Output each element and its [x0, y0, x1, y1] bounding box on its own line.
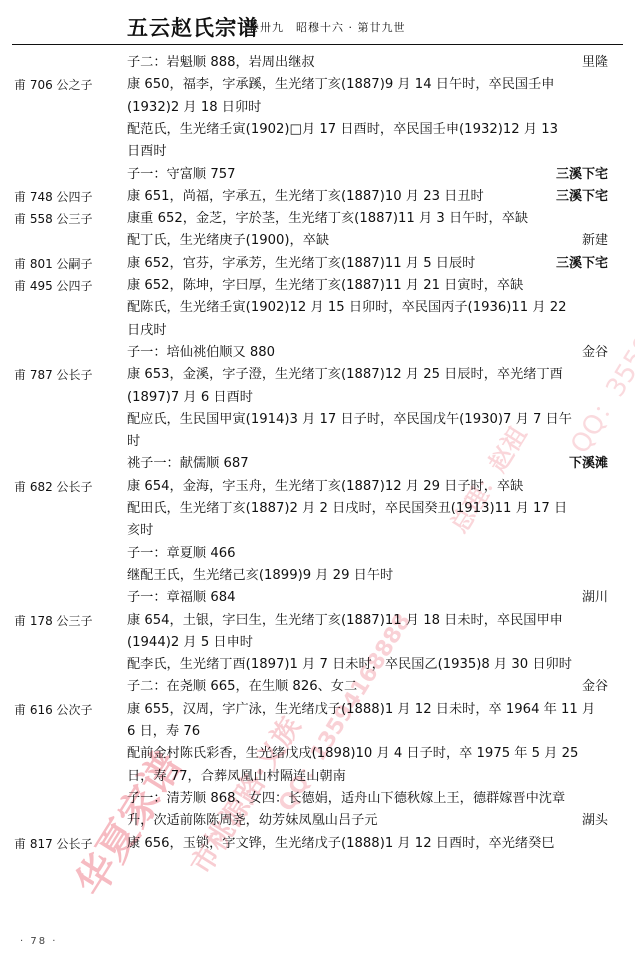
entry-text: 升，次适前陈陈周尧，幼芳妹凤凰山吕子元 — [127, 813, 378, 828]
entry-text-line: 配范氏，生光绪壬寅(1902)□月 17 日酉时，卒民国壬申(1932)12 月… — [127, 119, 622, 141]
entry-text: 康 651，尚福，字承五，生光绪丁亥(1887)10 月 23 日丑时 — [127, 189, 484, 204]
residence-place: 里隆 — [582, 52, 608, 74]
entry-text: 子一：章福顺 684 — [127, 590, 236, 605]
entry-text: (1932)2 月 18 日卯时 — [127, 100, 261, 115]
entry-text-line: 康 655，汉周，字广泳，生光绪戊子(1888)1 月 12 日未时，卒 196… — [127, 699, 622, 721]
entry-text: 子一：章夏顺 466 — [127, 546, 236, 561]
entry-lineage-label: 甫 801 公嗣子 — [14, 253, 93, 275]
entry-text: 时 — [127, 434, 140, 449]
entry-text-line: 升，次适前陈陈周尧，幼芳妹凤凰山吕子元湖头 — [127, 810, 622, 832]
entry-text-line: 康 651，尚福，字承五，生光绪丁亥(1887)10 月 23 日丑时三溪下宅 — [127, 186, 622, 208]
entry-text: 亥时 — [127, 523, 153, 538]
entry-text: 子一：培仙祧伯顺又 880 — [127, 345, 275, 360]
entry-text: (1897)7 月 6 日酉时 — [127, 390, 253, 405]
entry-text: 康 656，玉锁，字文铧，生光绪戊子(1888)1 月 12 日酉时，卒光绪癸巳 — [127, 836, 554, 851]
residence-place: 三溪下宅 — [556, 253, 608, 275]
header-rule — [12, 44, 623, 45]
entry-text: 日戌时 — [127, 323, 167, 338]
entry-text-line: 日戌时 — [127, 320, 622, 342]
entry-text-line: 日，寿 77，合葬凤凰山村隔连山朝南 — [127, 766, 622, 788]
entry-text: 康 652，陈坤，字曰厚，生光绪丁亥(1887)11 月 21 日寅时，卒缺 — [127, 278, 523, 293]
entry-text: 6 日，寿 76 — [127, 724, 200, 739]
book-title: 五云赵氏宗谱 — [127, 12, 259, 42]
entry-text-line: (1932)2 月 18 日卯时 — [127, 97, 622, 119]
entry-lineage-label: 甫 817 公长子 — [14, 833, 93, 855]
entry-lineage-label: 甫 787 公长子 — [14, 364, 93, 386]
entry-text: 子二：岩魁顺 888，岩周出继叔 — [127, 55, 315, 70]
residence-place: 三溪下宅 — [556, 186, 608, 208]
entry-text-line: 康 652，陈坤，字曰厚，生光绪丁亥(1887)11 月 21 日寅时，卒缺 — [127, 275, 622, 297]
entry-text: 配陈氏，生光绪壬寅(1902)12 月 15 日卯时，卒民国丙子(1936)11… — [127, 300, 567, 315]
entry-text-line: 子一：清芳顺 868、女四：长德娟，适舟山下德秋嫁上王，德群嫁晋中沈章 — [127, 788, 622, 810]
entry-text-line: 康 653，金溪，字子澄，生光绪丁亥(1887)12 月 25 日辰时，卒光绪丁… — [127, 364, 622, 386]
entry-text: 子一：清芳顺 868、女四：长德娟，适舟山下德秋嫁上王，德群嫁晋中沈章 — [127, 791, 565, 806]
entry-text-line: 子一：章福顺 684湖川 — [127, 587, 622, 609]
entry-text: 子二：在尧顺 665，在生顺 826、女二 — [127, 679, 357, 694]
entry-text: 康 652，官芬，字承芳，生光绪丁亥(1887)11 月 5 日辰时 — [127, 256, 475, 271]
residence-place: 湖川 — [582, 587, 608, 609]
entry-text: 配李氏，生光绪丁酉(1897)1 月 7 日未时，卒民国乙(1935)8 月 3… — [127, 657, 572, 672]
entry-text-line: 6 日，寿 76 — [127, 721, 622, 743]
residence-place: 湖头 — [582, 810, 608, 832]
entry-lineage-label: 甫 178 公三子 — [14, 610, 93, 632]
entry-text-line: 祧子一：献儒顺 687下溪滩 — [127, 453, 622, 475]
entry-text: 配应氏，生民国甲寅(1914)3 月 17 日子时，卒民国戊午(1930)7 月… — [127, 412, 572, 427]
entry-lineage-label: 甫 616 公次子 — [14, 699, 93, 721]
entry-text: 日酉时 — [127, 144, 167, 159]
residence-place: 金谷 — [582, 676, 608, 698]
entry-text-line: 康重 652，金芝，字於茎，生光绪丁亥(1887)11 月 3 日午时，卒缺 — [127, 208, 622, 230]
entry-text: 康重 652，金芝，字於茎，生光绪丁亥(1887)11 月 3 日午时，卒缺 — [127, 211, 528, 226]
entry-text-line: 时 — [127, 431, 622, 453]
entry-text-line: 配陈氏，生光绪壬寅(1902)12 月 15 日卯时，卒民国丙子(1936)11… — [127, 297, 622, 319]
entry-text: 康 654，金海，字玉舟，生光绪丁亥(1887)12 月 29 日子时，卒缺 — [127, 479, 523, 494]
entry-text-line: 子二：岩魁顺 888，岩周出继叔里隆 — [127, 52, 622, 74]
entry-text: (1944)2 月 5 日申时 — [127, 635, 253, 650]
entry-text-line: 配应氏，生民国甲寅(1914)3 月 17 日子时，卒民国戊午(1930)7 月… — [127, 409, 622, 431]
residence-place: 下溪滩 — [569, 453, 608, 475]
entry-text: 配田氏，生光绪丁亥(1887)2 月 2 日戌时，卒民国癸丑(1913)11 月… — [127, 501, 567, 516]
entry-text-line: 康 652，官芬，字承芳，生光绪丁亥(1887)11 月 5 日辰时三溪下宅 — [127, 253, 622, 275]
entry-text-line: 配李氏，生光绪丁酉(1897)1 月 7 日未时，卒民国乙(1935)8 月 3… — [127, 654, 622, 676]
entry-text-line: 配丁氏，生光绪庚子(1900)，卒缺新建 — [127, 230, 622, 252]
entry-text-line: 继配王氏，生光绪己亥(1899)9 月 29 日午时 — [127, 565, 622, 587]
entry-text-line: 子一：章夏顺 466 — [127, 543, 622, 565]
entry-text-line: 子一：培仙祧伯顺又 880金谷 — [127, 342, 622, 364]
entry-lineage-label: 甫 748 公四子 — [14, 186, 93, 208]
residence-place: 新建 — [582, 230, 608, 252]
entry-text: 康 655，汉周，字广泳，生光绪戊子(1888)1 月 12 日未时，卒 196… — [127, 702, 595, 717]
entry-text-line: 康 654，金海，字玉舟，生光绪丁亥(1887)12 月 29 日子时，卒缺 — [127, 476, 622, 498]
entry-text: 配前金村陈氏彩香，生光绪戊戌(1898)10 月 4 日子时，卒 1975 年 … — [127, 746, 578, 761]
entry-lineage-label: 甫 706 公之子 — [14, 74, 93, 96]
entry-text: 康 654，土银，字曰生，生光绪丁亥(1887)11 月 18 日未时，卒民国甲… — [127, 613, 563, 628]
entry-text: 继配王氏，生光绪己亥(1899)9 月 29 日午时 — [127, 568, 393, 583]
entry-text-line: 子一：守富顺 757三溪下宅 — [127, 164, 622, 186]
entry-text: 子一：守富顺 757 — [127, 167, 236, 182]
entry-text: 祧子一：献儒顺 687 — [127, 456, 249, 471]
entry-text-line: 康 656，玉锁，字文铧，生光绪戊子(1888)1 月 12 日酉时，卒光绪癸巳 — [127, 833, 622, 855]
entry-text-line: 康 654，土银，字曰生，生光绪丁亥(1887)11 月 18 日未时，卒民国甲… — [127, 610, 622, 632]
entry-text-line: 配田氏，生光绪丁亥(1887)2 月 2 日戌时，卒民国癸丑(1913)11 月… — [127, 498, 622, 520]
entry-text: 日，寿 77，合葬凤凰山村隔连山朝南 — [127, 769, 346, 784]
entry-text: 康 650，福李，字承蹊，生光绪丁亥(1887)9 月 14 日午时，卒民国壬申 — [127, 77, 554, 92]
entry-lineage-label: 甫 682 公长子 — [14, 476, 93, 498]
residence-place: 三溪下宅 — [556, 164, 608, 186]
entry-text-line: (1897)7 月 6 日酉时 — [127, 387, 622, 409]
title-separator: · — [232, 16, 237, 30]
entry-text-line: 配前金村陈氏彩香，生光绪戊戌(1898)10 月 4 日子时，卒 1975 年 … — [127, 743, 622, 765]
entry-text-line: 子二：在尧顺 665，在生顺 826、女二金谷 — [127, 676, 622, 698]
entry-text: 配丁氏，生光绪庚子(1900)，卒缺 — [127, 233, 329, 248]
entry-lineage-label: 甫 558 公三子 — [14, 208, 93, 230]
page-header: 五云赵氏宗谱 · 卷卅九 昭穆十六 · 第廿九世 — [0, 0, 635, 44]
entry-text-line: 亥时 — [127, 520, 622, 542]
entry-text-line: 康 650，福李，字承蹊，生光绪丁亥(1887)9 月 14 日午时，卒民国壬申 — [127, 74, 622, 96]
page-number: · 78 · — [20, 936, 57, 947]
residence-place: 金谷 — [582, 342, 608, 364]
entry-text-line: (1944)2 月 5 日申时 — [127, 632, 622, 654]
volume-subtitle: 卷卅九 昭穆十六 · 第廿九世 — [248, 19, 406, 35]
entry-text: 配范氏，生光绪壬寅(1902)□月 17 日酉时，卒民国壬申(1932)12 月… — [127, 122, 558, 137]
entry-text: 康 653，金溪，字子澄，生光绪丁亥(1887)12 月 25 日辰时，卒光绪丁… — [127, 367, 563, 382]
entry-text-line: 日酉时 — [127, 141, 622, 163]
entry-lineage-label: 甫 495 公四子 — [14, 275, 93, 297]
